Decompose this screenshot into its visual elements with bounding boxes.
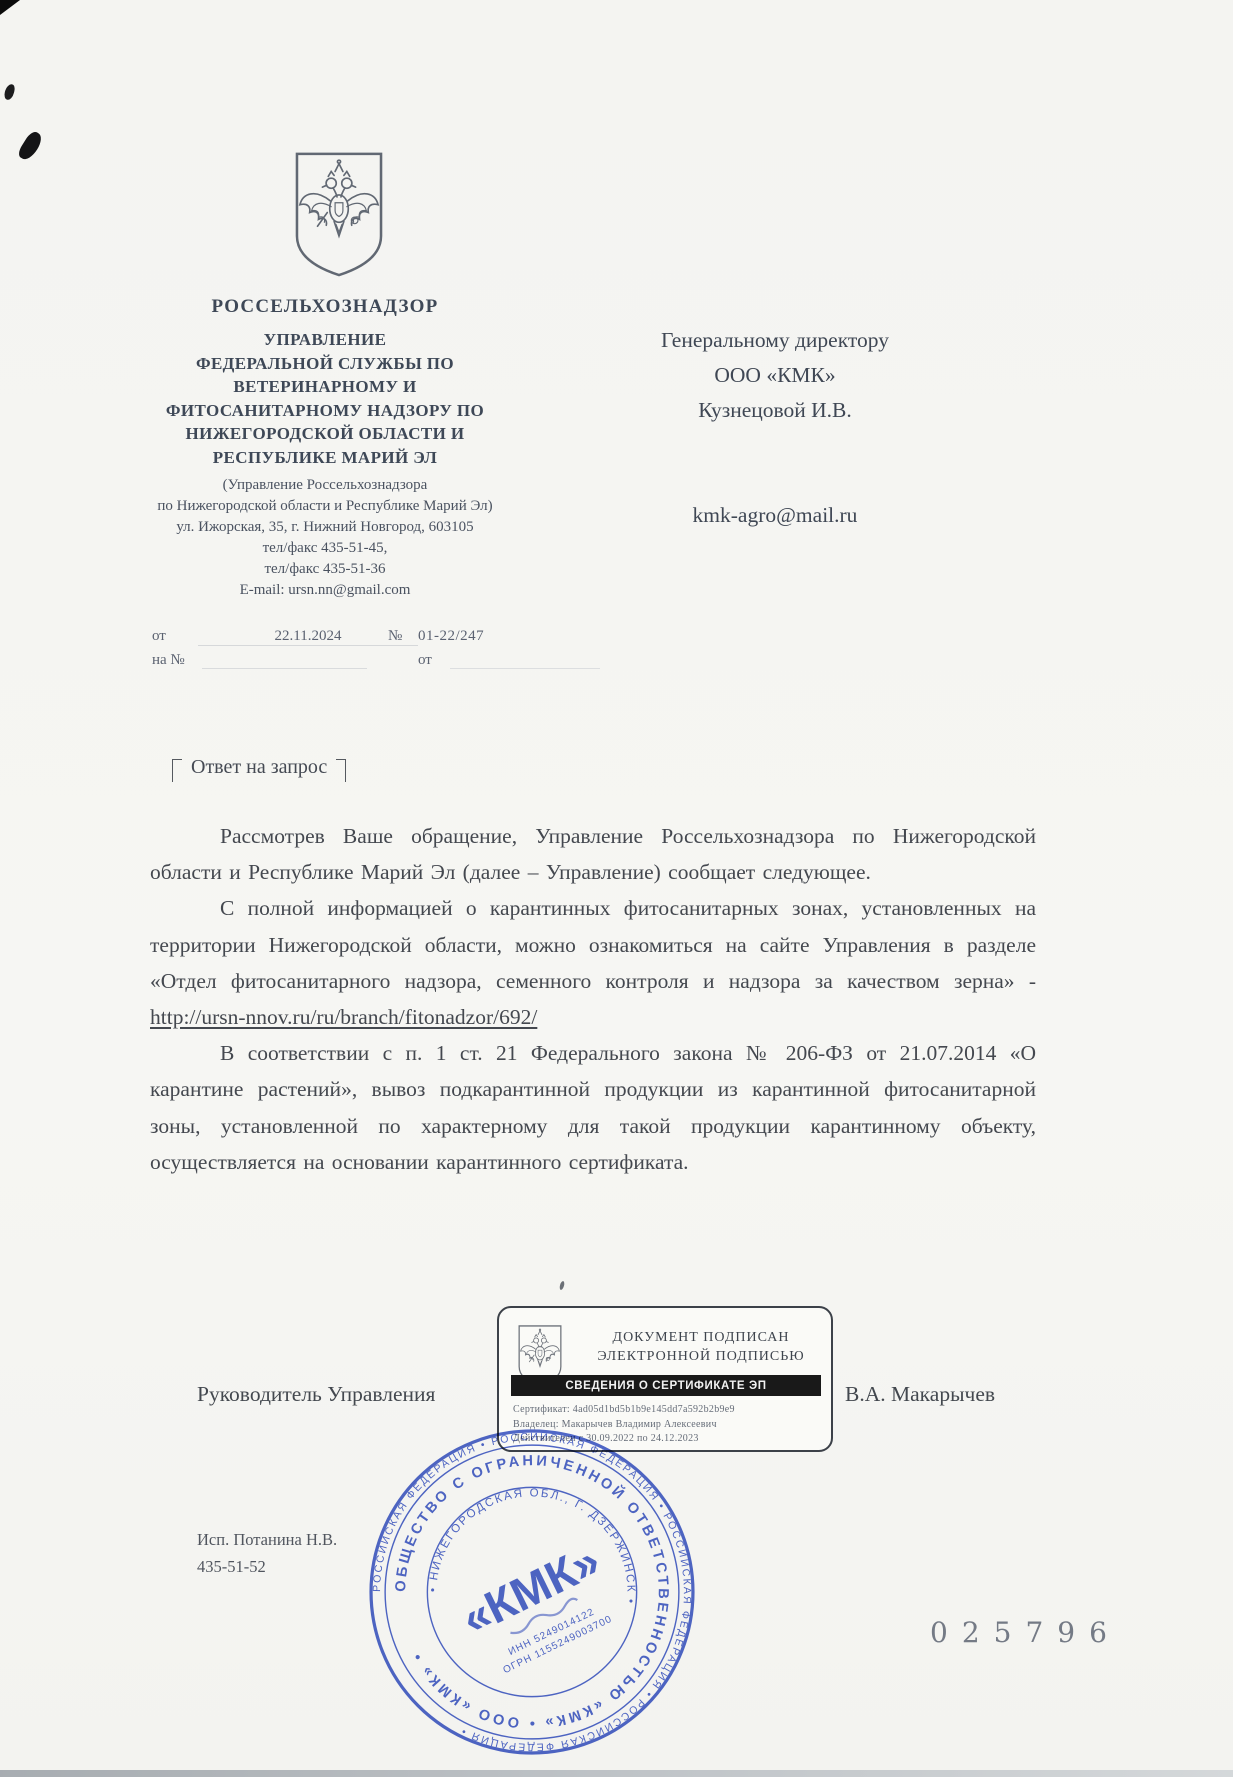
org-title-line: УПРАВЛЕНИЕ xyxy=(100,328,550,352)
body-paragraph-text: С полной информацией о карантинных фитос… xyxy=(150,896,1036,992)
scan-artifact-speck xyxy=(559,1281,565,1291)
ref-blank-line xyxy=(450,652,600,669)
org-title-line: РЕСПУБЛИКЕ МАРИЙ ЭЛ xyxy=(100,446,550,470)
org-title: УПРАВЛЕНИЕ ФЕДЕРАЛЬНОЙ СЛУЖБЫ ПО ВЕТЕРИН… xyxy=(100,328,550,469)
addressee-line: ООО «КМК» xyxy=(610,358,940,393)
esign-title-line: ЭЛЕКТРОННОЙ ПОДПИСЬЮ xyxy=(581,1347,821,1366)
subject-line: Ответ на запрос xyxy=(172,756,346,779)
signature-position: Руководитель Управления xyxy=(197,1382,435,1407)
org-title-line: ФИТОСАНИТАРНОМУ НАДЗОРУ ПО xyxy=(100,399,550,423)
corner-bracket-right xyxy=(336,759,346,782)
org-phone-line: тел/факс 435-51-36 xyxy=(100,559,550,580)
signature-name: В.А. Макарычев xyxy=(845,1382,995,1407)
addressee-line: Генеральному директору xyxy=(610,323,940,358)
executor-block: Исп. Потанина Н.В. 435-51-52 xyxy=(197,1526,337,1580)
org-title-line: НИЖЕГОРОДСКОЙ ОБЛАСТИ И xyxy=(100,422,550,446)
esign-title-line: ДОКУМЕНТ ПОДПИСАН xyxy=(581,1328,821,1347)
org-title-line: ВЕТЕРИНАРНОМУ И xyxy=(100,375,550,399)
executor-name: Исп. Потанина Н.В. xyxy=(197,1526,337,1553)
company-round-stamp: РОССИЙСКАЯ ФЕДЕРАЦИЯ • РОССИЙСКАЯ ФЕДЕРА… xyxy=(366,1426,698,1758)
addressee-line: Кузнецовой И.В. xyxy=(610,393,940,428)
addressee-block: Генеральному директору ООО «КМК» Кузнецо… xyxy=(610,323,940,533)
letterhead: РОССЕЛЬХОЗНАДЗОР УПРАВЛЕНИЕ ФЕДЕРАЛЬНОЙ … xyxy=(100,150,550,601)
body-paragraph: В соответствии с п. 1 ст. 21 Федеральног… xyxy=(150,1035,1036,1180)
executor-phone: 435-51-52 xyxy=(197,1553,337,1580)
ref-blank-line xyxy=(202,652,367,669)
body-paragraph: С полной информацией о карантинных фитос… xyxy=(150,890,1036,1035)
esign-certificate-bar: СВЕДЕНИЯ О СЕРТИФИКАТЕ ЭП xyxy=(511,1375,821,1396)
org-sub-line: по Нижегородской области и Республике Ма… xyxy=(100,496,550,517)
scan-artifact-blob xyxy=(3,83,16,101)
scan-artifact-blob xyxy=(16,129,45,162)
esign-cert-line: Сертификат: 4ad05d1bd5b1b9e145dd7a592b2b… xyxy=(513,1403,735,1418)
body-paragraph: Рассмотрев Ваше обращение, Управление Ро… xyxy=(150,818,1036,890)
coat-of-arms-icon xyxy=(290,150,388,284)
letter-body: Рассмотрев Ваше обращение, Управление Ро… xyxy=(150,818,1036,1180)
reference-row-reply: на № от xyxy=(150,652,850,676)
org-phone-line: тел/факс 435-51-45, xyxy=(100,538,550,559)
corner-bracket-left xyxy=(172,759,182,782)
scan-edge-shadow xyxy=(0,1770,1233,1777)
org-email-line: E-mail: ursn.nn@gmail.com xyxy=(100,580,550,601)
scanned-letter-page: РОССЕЛЬХОЗНАДЗОР УПРАВЛЕНИЕ ФЕДЕРАЛЬНОЙ … xyxy=(0,0,1233,1777)
ref-number: 01-22/247 xyxy=(418,628,484,645)
reference-row-outgoing: от 22.11.2024 № 01-22/247 xyxy=(150,628,850,652)
addressee-email: kmk-agro@mail.ru xyxy=(610,498,940,533)
ref-from-label: от xyxy=(152,628,166,645)
ref-date: 22.11.2024 xyxy=(198,628,418,646)
ref-reply-from-label: от xyxy=(418,652,432,669)
org-title-line: ФЕДЕРАЛЬНОЙ СЛУЖБЫ ПО xyxy=(100,352,550,376)
reference-block: от 22.11.2024 № 01-22/247 на № от xyxy=(150,628,850,676)
website-link: http://ursn-nnov.ru/ru/branch/fitonadzor… xyxy=(150,1005,537,1029)
scan-artifact-corner xyxy=(0,0,20,15)
org-sub-line: (Управление Россельхознадзора xyxy=(100,475,550,496)
subject-text: Ответ на запрос xyxy=(191,756,327,779)
sheet-number: 025796 xyxy=(930,1616,1121,1649)
org-address-line: ул. Ижорская, 35, г. Нижний Новгород, 60… xyxy=(100,517,550,538)
org-contacts: (Управление Россельхознадзора по Нижегор… xyxy=(100,475,550,601)
org-name: РОССЕЛЬХОЗНАДЗОР xyxy=(100,296,550,318)
ref-reply-label: на № xyxy=(152,652,185,669)
ref-number-label: № xyxy=(388,628,402,645)
esign-title: ДОКУМЕНТ ПОДПИСАН ЭЛЕКТРОННОЙ ПОДПИСЬЮ xyxy=(581,1328,821,1366)
